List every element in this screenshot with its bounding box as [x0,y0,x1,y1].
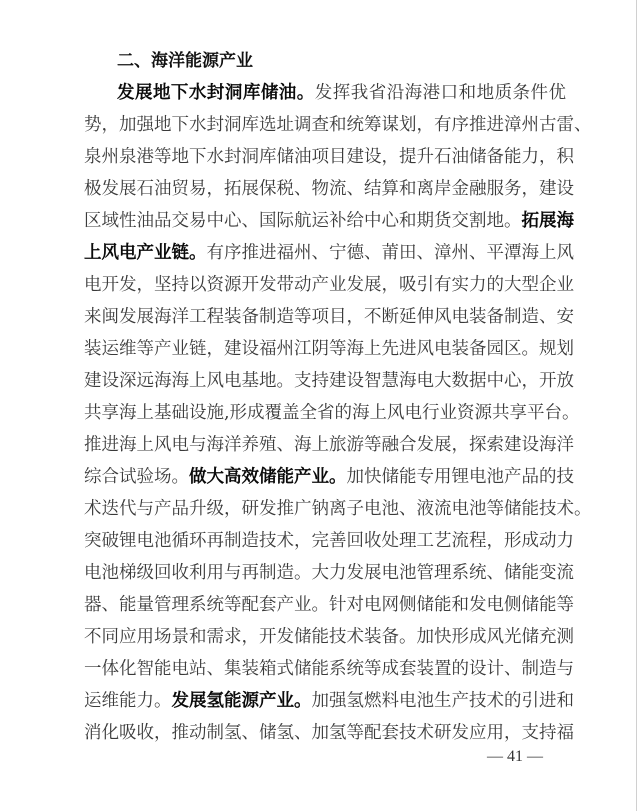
paragraph-line: 势，加强地下水封洞库选址调查和统筹谋划，有序推进漳州古雷、 [84,109,566,141]
paragraph-line: 发展地下水封洞库储油。发挥我省沿海港口和地质条件优 [84,77,566,109]
paragraph-line: 电开发，坚持以资源开发带动产业发展，吸引有实力的大型企业 [84,269,566,301]
paragraph-line: 突破锂电池循环再制造技术，完善回收处理工艺流程，形成动力 [84,525,566,557]
paragraph-line: 极发展石油贸易，拓展保税、物流、结算和离岸金融服务，建设 [84,173,566,205]
bold-topic: 做大高效储能产业。 [189,467,347,487]
paragraph-line: 不同应用场景和需求，开发储能技术装备。加快形成风光储充测 [84,621,566,653]
bold-topic: 发展氢能源产业。 [172,691,312,711]
bold-topic: 拓展海 [522,211,575,231]
paragraph-line: 推进海上风电与海洋养殖、海上旅游等融合发展，探索建设海洋 [84,429,566,461]
paragraph-line: 建设深远海海上风电基地。支持建设智慧海电大数据中心，开放 [84,365,566,397]
bold-topic: 上风电产业链。 [84,243,207,263]
paragraph-line: 运维能力。发展氢能源产业。加强氢燃料电池生产技术的引进和 [84,685,566,717]
paragraph-line: 消化吸收，推动制氢、储氢、加氢等配套技术研发应用，支持福 [84,717,566,749]
paragraph-line: 泉州泉港等地下水封洞库储油项目建设，提升石油储备能力，积 [84,141,566,173]
paragraph-line: 术迭代与产品升级，研发推广钠离子电池、液流电池等储能技术。 [84,493,566,525]
paragraph-line: 器、能量管理系统等配套产业。针对电网侧储能和发电侧储能等 [84,589,566,621]
page-number: — 41 — [480,748,550,766]
paragraph-line: 区域性油品交易中心、国际航运补给中心和期货交割地。拓展海 [84,205,566,237]
paragraph-line: 综合试验场。做大高效储能产业。加快储能专用锂电池产品的技 [84,461,566,493]
page-content: 二、海洋能源产业 发展地下水封洞库储油。发挥我省沿海港口和地质条件优 势，加强地… [84,45,566,749]
paragraph-line: 共享海上基础设施,形成覆盖全省的海上风电行业资源共享平台。 [84,397,566,429]
paragraph-line: 装运维等产业链，建设福州江阴等海上先进风电装备园区。规划 [84,333,566,365]
paragraph-line: 电池梯级回收利用与再制造。大力发展电池管理系统、储能变流 [84,557,566,589]
paragraph-line: 来闽发展海洋工程装备制造等项目，不断延伸风电装备制造、安 [84,301,566,333]
bold-topic: 发展地下水封洞库储油。 [117,83,315,103]
document-page: 二、海洋能源产业 发展地下水封洞库储油。发挥我省沿海港口和地质条件优 势，加强地… [0,0,637,811]
paragraph-line: 上风电产业链。有序推进福州、宁德、莆田、漳州、平潭海上风 [84,237,566,269]
section-heading: 二、海洋能源产业 [84,45,566,77]
paragraph-line: 一体化智能电站、集装箱式储能系统等成套装置的设计、制造与 [84,653,566,685]
